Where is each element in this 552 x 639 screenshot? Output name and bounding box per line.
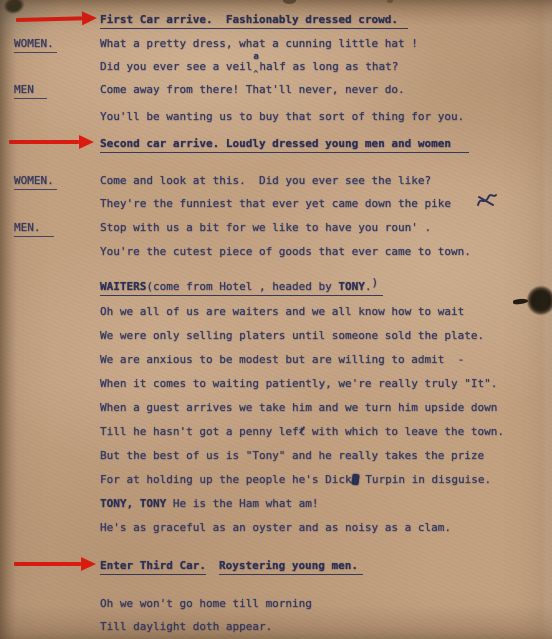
insertion-mark: a^ [252, 59, 259, 70]
text-before-insert: Did you ever see a veil [100, 60, 252, 73]
dialogue-text: What a pretty dress, what a cunning litt… [100, 36, 418, 51]
song-line: TONY, TONY He is the Ham what am! [0, 496, 552, 512]
text-segment: with which to leave the town. [305, 425, 504, 438]
speaker-label: MEN [14, 82, 47, 99]
dialogue-text: You're the cutest piece of goods that ev… [100, 244, 471, 259]
song-text: Till daylight doth appear. [100, 619, 272, 634]
heading-segment: Roystering young men. [219, 559, 363, 575]
song-line: Till he hasn't got a penny left with whi… [0, 424, 552, 440]
dialogue-text: They're the funniest that ever yet came … [100, 196, 451, 211]
song-line: For at holding up the people he's Dick T… [0, 472, 552, 488]
heading-segment: Enter Third Car. [100, 559, 206, 575]
song-line: Oh we all of us are waiters and we all k… [0, 304, 552, 320]
song-text: We were only selling platers until someo… [100, 328, 484, 343]
stage-direction-text: First Car arrive. Fashionably dressed cr… [100, 13, 408, 29]
dialogue-row: Did you ever see a veila^half as long as… [0, 59, 552, 75]
second-car-heading: Second car arrive. Loudly dressed young … [0, 136, 552, 152]
song-text: Oh we won't go home till morning [100, 596, 312, 611]
caret-icon: ^ [253, 66, 258, 81]
top-edge-notch [283, 0, 296, 4]
script-page: First Car arrive. Fashionably dressed cr… [0, 0, 552, 639]
stage-direction-text: WAITERS(come from Hotel , headed by TONY… [100, 280, 383, 296]
ink-scribble-icon [476, 192, 498, 213]
waiters-label: WAITERS [100, 280, 146, 293]
waiters-heading: WAITERS(come from Hotel , headed by TONY… [0, 279, 552, 295]
text-segment: For at holding up the people he's Dick [100, 473, 352, 486]
song-text: Till he hasn't got a penny left with whi… [100, 424, 504, 439]
speaker-label: WOMEN. [14, 173, 57, 190]
waiters-period: . [365, 280, 372, 293]
stage-direction-text: Enter Third Car.Roystering young men. [100, 558, 363, 573]
song-line: Oh we won't go home till morning [0, 596, 552, 612]
speaker-label: MEN. [14, 220, 54, 237]
song-line: When a guest arrives we take him and we … [0, 400, 552, 416]
song-text: He's as graceful as an oyster and as noi… [100, 520, 451, 535]
text-segment: Till he hasn't got a penny lef [100, 425, 299, 438]
text-segment: Turpin in disguise. [359, 473, 491, 486]
dialogue-row: WOMEN. What a pretty dress, what a cunni… [0, 36, 552, 52]
song-line: He's as graceful as an oyster and as noi… [0, 520, 552, 536]
inserted-letter: a [253, 50, 258, 65]
third-car-heading: Enter Third Car.Roystering young men. [0, 558, 552, 574]
dialogue-row: You're the cutest piece of goods that ev… [0, 244, 552, 260]
song-line: Till daylight doth appear. [0, 619, 552, 635]
dialogue-row: MEN. Stop with us a bit for we like to h… [0, 220, 552, 236]
dialogue-text: Did you ever see a veila^half as long as… [100, 59, 398, 74]
song-line: We were only selling platers until someo… [0, 328, 552, 344]
song-line: When it comes to waiting patiently, we'r… [0, 376, 552, 392]
song-text: But the best of us is "Tony" and he real… [100, 448, 484, 463]
overstruck-letter: t [299, 425, 306, 438]
song-line: But the best of us is "Tony" and he real… [0, 448, 552, 464]
dialogue-row: WOMEN. Come and look at this. Did you ev… [0, 173, 552, 189]
dialogue-row: MEN Come away from there! That'll never,… [0, 82, 552, 98]
dialogue-text: You'll be wanting us to buy that sort of… [100, 109, 464, 124]
song-text: When a guest arrives we take him and we … [100, 400, 497, 415]
tony-refrain: TONY, TONY [100, 497, 166, 510]
dialogue-text: Stop with us a bit for we like to have y… [100, 220, 431, 235]
dialogue-row: You'll be wanting us to buy that sort of… [0, 109, 552, 125]
dialogue-row: They're the funniest that ever yet came … [0, 196, 552, 212]
song-text: TONY, TONY He is the Ham what am! [100, 496, 319, 511]
text-segment: He is the Ham what am! [166, 497, 318, 510]
speaker-label: WOMEN. [14, 36, 57, 53]
song-text: Oh we all of us are waiters and we all k… [100, 304, 464, 319]
waiters-direction: (come from Hotel , headed by [146, 280, 338, 293]
ink-blot-icon [351, 474, 359, 486]
first-car-heading: First Car arrive. Fashionably dressed cr… [0, 12, 552, 28]
dialogue-text: Come and look at this. Did you ever see … [100, 173, 431, 188]
song-text: When it comes to waiting patiently, we'r… [100, 376, 497, 391]
raised-paren: ) [372, 276, 379, 289]
song-line: We are anxious to be modest but are will… [0, 352, 552, 368]
top-edge-notch-small [387, 0, 393, 3]
song-text: We are anxious to be modest but are will… [100, 352, 464, 367]
stage-direction-text: Second car arrive. Loudly dressed young … [100, 137, 469, 153]
song-text: For at holding up the people he's Dick T… [100, 472, 491, 487]
tony-name: TONY [338, 280, 365, 293]
dialogue-text: Come away from there! That'll never, nev… [100, 82, 405, 97]
text-after-insert: half as long as that? [259, 60, 398, 73]
